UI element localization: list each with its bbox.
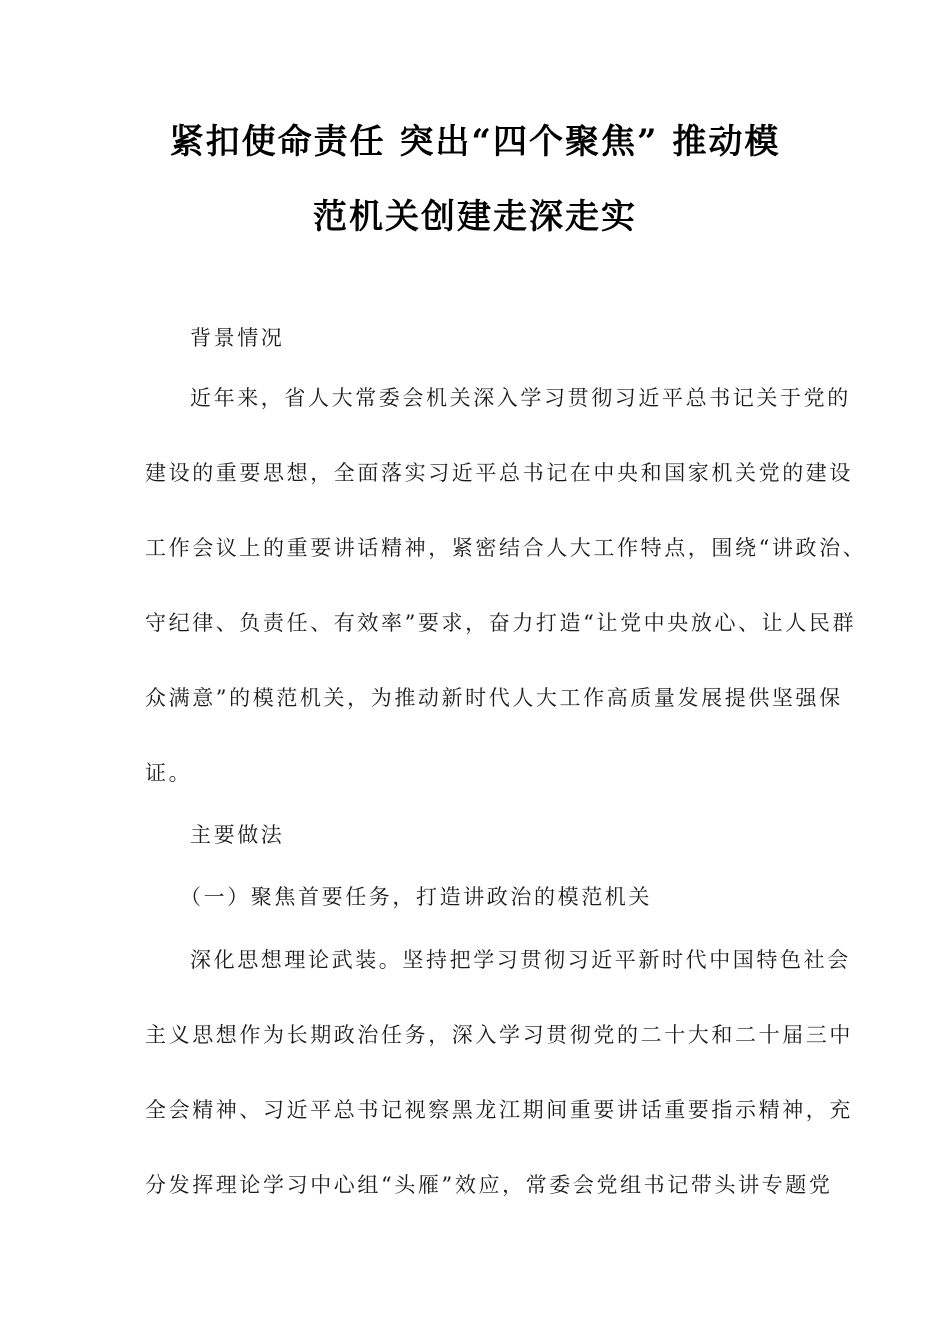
- subsection-heading-1: （一）聚焦首要任务，打造讲政治的模范机关: [180, 882, 850, 912]
- paragraph-line: 全会精神、习近平总书记视察黑龙江期间重要讲话重要指示精神，充: [145, 1095, 815, 1125]
- paragraph-line: 工作会议上的重要讲话精神，紧密结合人大工作特点，围绕“讲政治、: [145, 533, 815, 563]
- paragraph-line: 主义思想作为长期政治任务，深入学习贯彻党的二十大和二十届三中: [145, 1020, 815, 1050]
- paragraph-line: 证。: [145, 758, 815, 788]
- document-title-line-1: 紧扣使命责任 突出“四个聚焦” 推动模: [140, 122, 810, 162]
- paragraph-line: 守纪律、负责任、有效率”要求，奋力打造“让党中央放心、让人民群: [145, 608, 815, 638]
- paragraph-line: 建设的重要思想，全面落实习近平总书记在中央和国家机关党的建设: [145, 458, 815, 488]
- section-heading-practices: 主要做法: [190, 820, 860, 850]
- document-title-line-2: 范机关创建走深走实: [140, 197, 810, 237]
- paragraph-line: 深化思想理论武装。坚持把学习贯彻习近平新时代中国特色社会: [190, 945, 860, 975]
- paragraph-line: 分发挥理论学习中心组“头雁”效应，常委会党组书记带头讲专题党: [145, 1170, 815, 1200]
- paragraph-line: 众满意”的模范机关，为推动新时代人大工作高质量发展提供坚强保: [145, 683, 815, 713]
- section-heading-background: 背景情况: [190, 323, 860, 353]
- paragraph-line: 近年来，省人大常委会机关深入学习贯彻习近平总书记关于党的: [190, 383, 860, 413]
- document-page: 紧扣使命责任 突出“四个聚焦” 推动模 范机关创建走深走实 背景情况 近年来，省…: [0, 0, 950, 1344]
